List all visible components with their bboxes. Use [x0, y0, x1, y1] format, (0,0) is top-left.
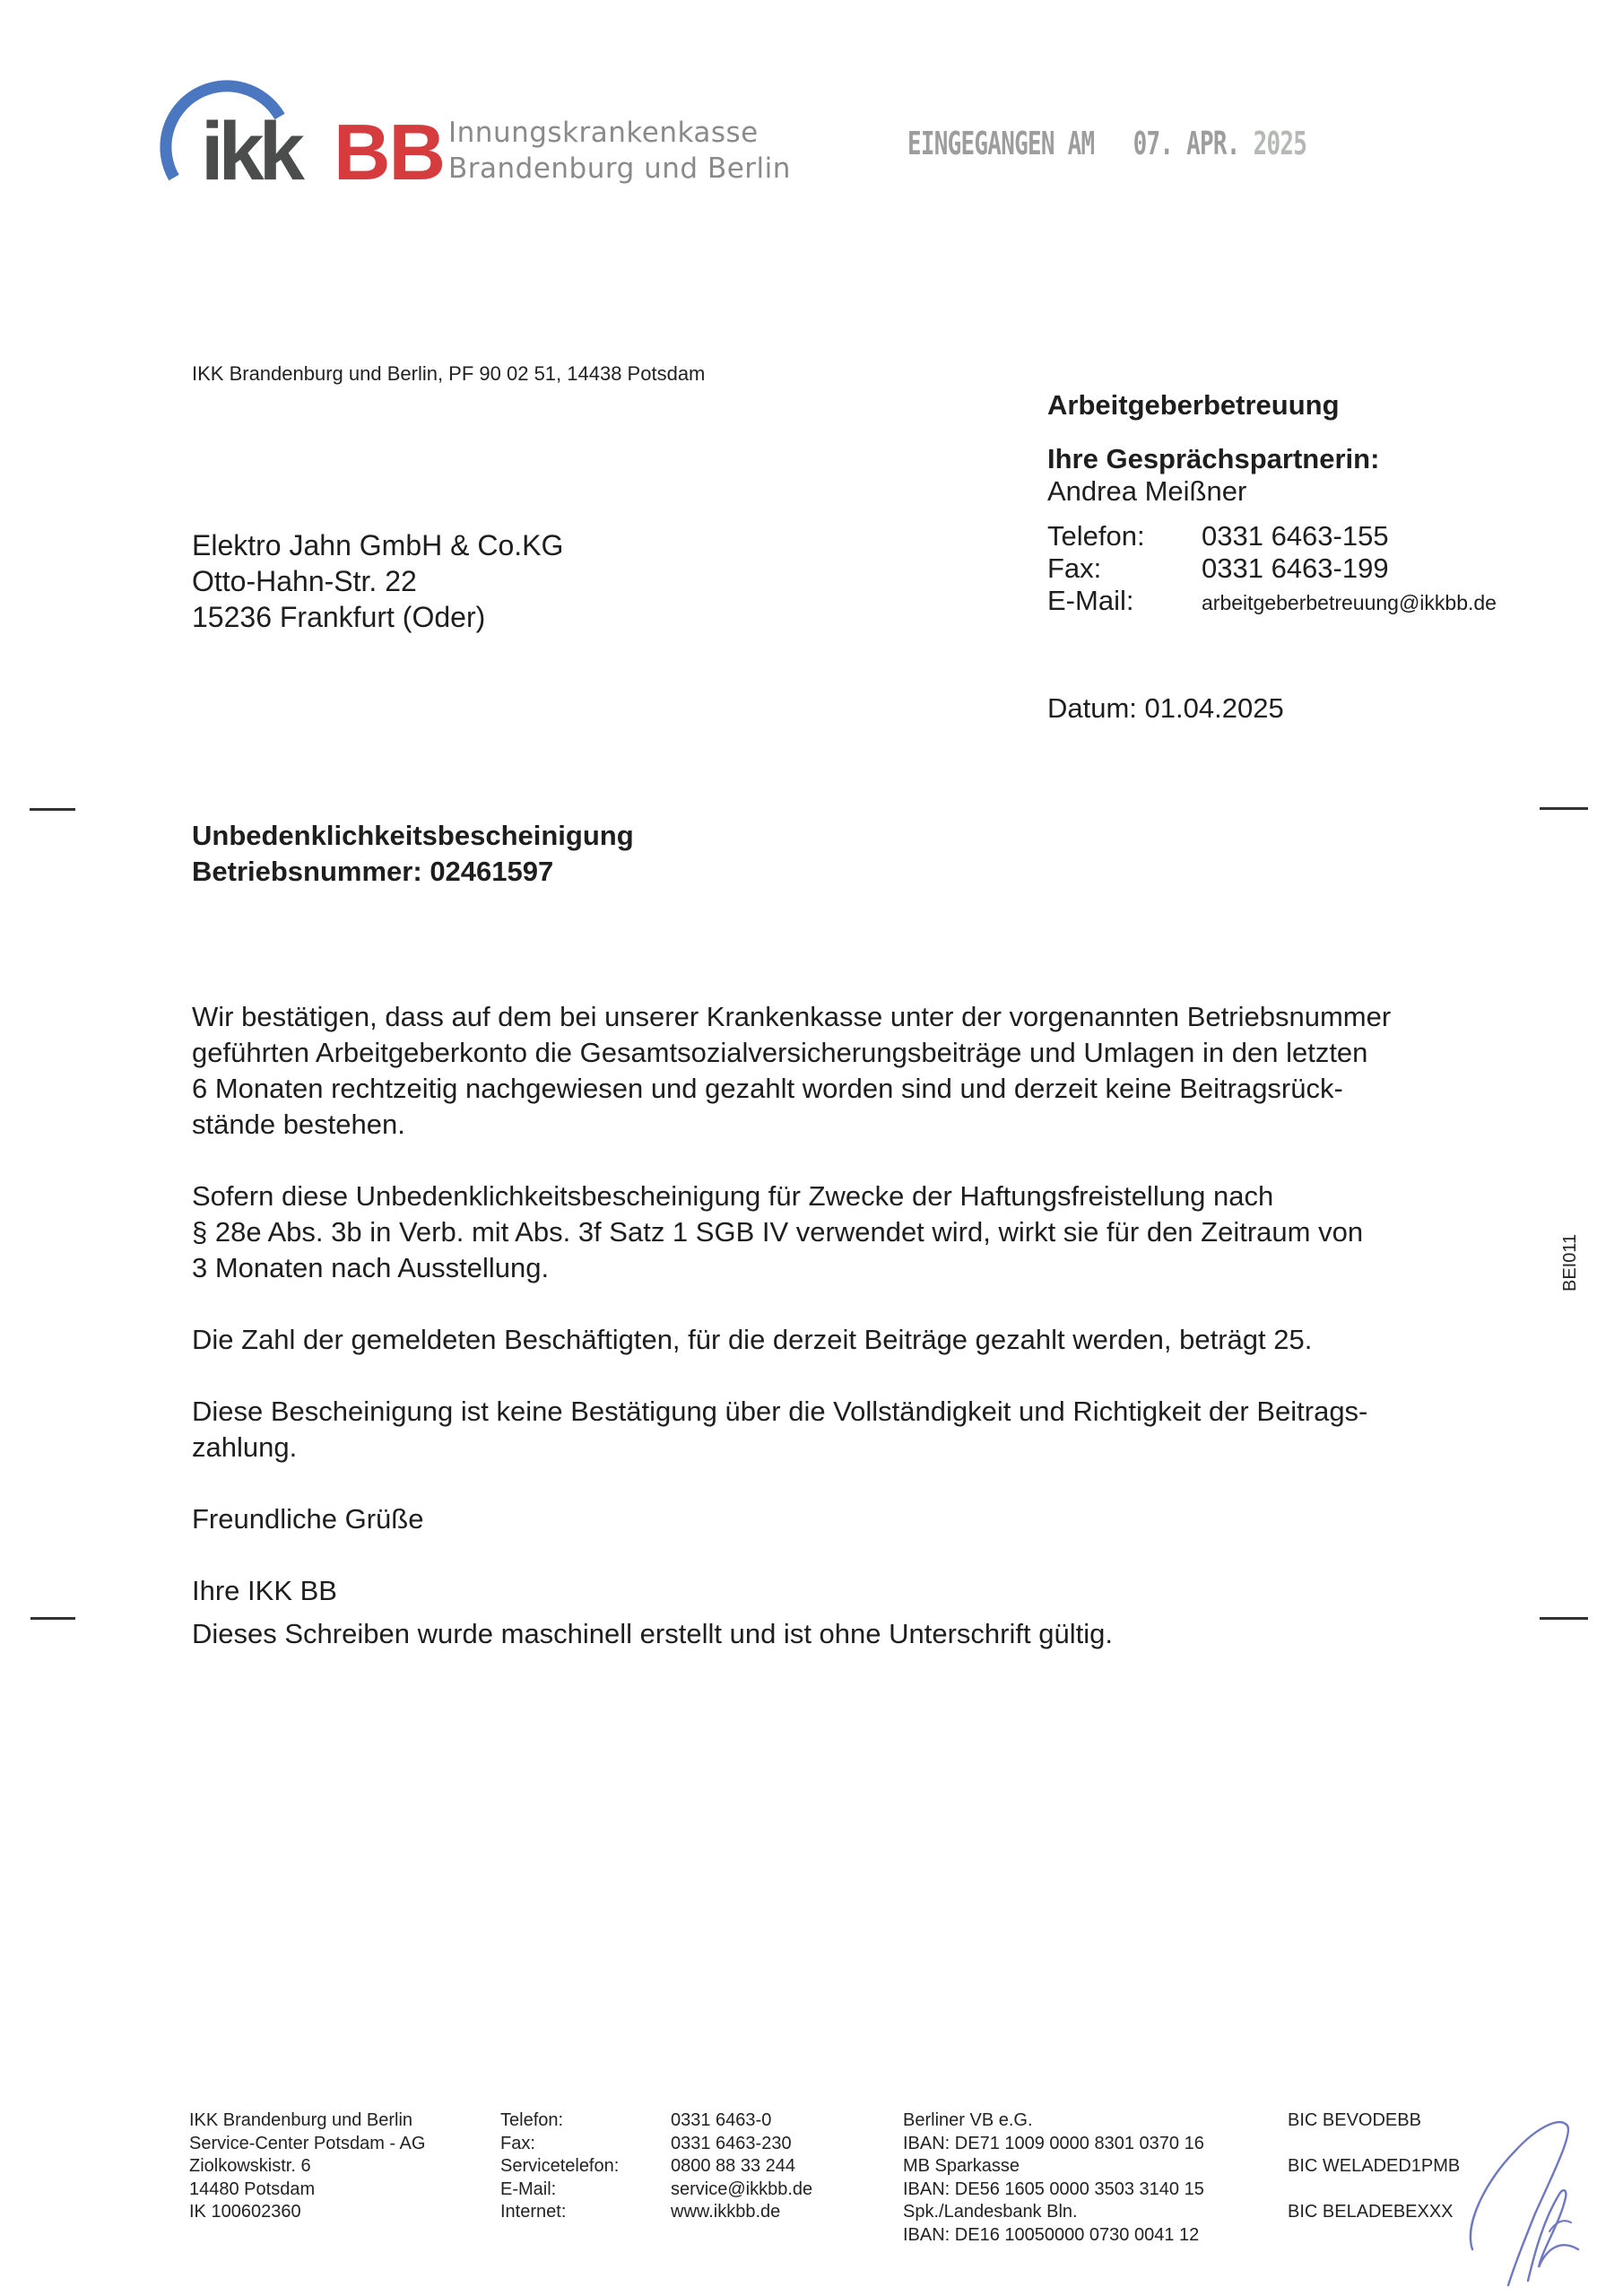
footer-website: www.ikkbb.de	[671, 2201, 812, 2224]
footer-label: Servicetelefon:	[500, 2155, 619, 2179]
footer-bic-line	[1288, 2179, 1460, 2202]
footer-contact-labels: Telefon: Fax: Servicetelefon: E-Mail: In…	[500, 2109, 619, 2224]
stamp-year: 2025	[1254, 126, 1307, 162]
subject-betriebsnummer: Betriebsnummer: 02461597	[192, 854, 634, 890]
recipient-line: 15236 Frankfurt (Oder)	[192, 599, 563, 635]
machine-note: Dieses Schreiben wurde maschinell erstel…	[192, 1616, 1510, 1652]
footer-label: Telefon:	[500, 2109, 619, 2133]
recipient-line: Otto-Hahn-Str. 22	[192, 563, 563, 599]
footer-fax: 0331 6463-230	[671, 2133, 812, 2156]
fax-label: Fax:	[1047, 552, 1202, 585]
received-stamp: EINGEGANGEN AM07. APR. 2025	[907, 126, 1306, 162]
contact-partner-label: Ihre Gesprächspartnerin:	[1047, 443, 1497, 475]
footer-bank-line: Spk./Landesbank Bln.	[903, 2201, 1204, 2224]
contact-email-row: E-Mail: arbeitgeberbetreuung@ikkbb.de	[1047, 585, 1497, 619]
greeting: Freundliche Grüße	[192, 1501, 1510, 1537]
footer-label: E-Mail:	[500, 2179, 619, 2202]
phone-label: Telefon:	[1047, 520, 1202, 552]
contact-fax-row: Fax: 0331 6463-199	[1047, 552, 1497, 585]
body-line: Sofern diese Unbedenklichkeitsbescheinig…	[192, 1178, 1510, 1214]
subject-title: Unbedenklichkeitsbescheinigung	[192, 818, 634, 854]
footer-bank-line: IBAN: DE16 10050000 0730 0041 12	[903, 2224, 1204, 2248]
fold-mark-right-top	[1540, 807, 1588, 810]
fold-mark-right-bottom	[1540, 1617, 1588, 1620]
paragraph-disclaimer: Diese Bescheinigung ist keine Bestätigun…	[192, 1394, 1510, 1465]
footer-bank-line: IBAN: DE71 1009 0000 8301 0370 16	[903, 2133, 1204, 2156]
betriebsnummer-value: 02461597	[430, 856, 553, 887]
body-line: § 28e Abs. 3b in Verb. mit Abs. 3f Satz …	[192, 1214, 1510, 1250]
contact-phone-row: Telefon: 0331 6463-155	[1047, 520, 1497, 552]
contact-partner-name: Andrea Meißner	[1047, 475, 1497, 508]
body-line: geführten Arbeitgeberkonto die Gesamtsoz…	[192, 1035, 1510, 1071]
footer-bank-line: IBAN: DE56 1605 0000 3503 3140 15	[903, 2179, 1204, 2202]
handwritten-initials-icon	[1453, 2115, 1605, 2294]
fold-mark-left-top	[30, 808, 75, 811]
footer-bic-line	[1288, 2133, 1460, 2156]
stamp-date: 07. APR.	[1133, 126, 1240, 162]
footer-label: Internet:	[500, 2201, 619, 2224]
footer-bic-line: BIC BEVODEBB	[1288, 2109, 1460, 2133]
footer-line: IKK Brandenburg und Berlin	[189, 2109, 425, 2133]
footer-service-phone: 0800 88 33 244	[671, 2155, 812, 2179]
footer-line: 14480 Potsdam	[189, 2179, 425, 2202]
form-code: BEI011	[1560, 1234, 1581, 1291]
footer-address: IKK Brandenburg und Berlin Service-Cente…	[189, 2109, 425, 2224]
body-line: zahlung.	[192, 1430, 1510, 1465]
footer-label: Fax:	[500, 2133, 619, 2156]
org-name-line1: Innungskrankenkasse	[448, 115, 791, 151]
date-value: 01.04.2025	[1145, 692, 1284, 724]
paragraph-employees: Die Zahl der gemeldeten Beschäftigten, f…	[192, 1322, 1510, 1358]
sender: Ihre IKK BB	[192, 1573, 1510, 1609]
email-label: E-Mail:	[1047, 585, 1202, 619]
footer-bic-line: BIC WELADED1PMB	[1288, 2155, 1460, 2179]
footer-bank-accounts: Berliner VB e.G. IBAN: DE71 1009 0000 83…	[903, 2109, 1204, 2247]
recipient-address: Elektro Jahn GmbH & Co.KG Otto-Hahn-Str.…	[192, 527, 563, 635]
body-line: Wir bestätigen, dass auf dem bei unserer…	[192, 999, 1510, 1035]
email-value: arbeitgeberbetreuung@ikkbb.de	[1202, 585, 1497, 619]
org-name: Innungskrankenkasse Brandenburg und Berl…	[448, 115, 791, 187]
body-line: 3 Monaten nach Ausstellung.	[192, 1250, 1510, 1286]
letter-date: Datum: 01.04.2025	[1047, 692, 1284, 725]
date-label: Datum:	[1047, 692, 1137, 724]
footer-bic-line: BIC BELADEBEXXX	[1288, 2201, 1460, 2224]
body-line: Diese Bescheinigung ist keine Bestätigun…	[192, 1394, 1510, 1430]
betriebsnummer-label: Betriebsnummer:	[192, 856, 422, 887]
svg-text:ikk: ikk	[201, 106, 306, 187]
fax-value: 0331 6463-199	[1202, 552, 1497, 585]
footer-email: service@ikkbb.de	[671, 2179, 812, 2202]
svg-text:BB: BB	[334, 108, 444, 187]
contact-block: Arbeitgeberbetreuung Ihre Gesprächspartn…	[1047, 387, 1497, 619]
ikkbb-logo: ikk BB	[143, 52, 448, 187]
return-address: IKK Brandenburg und Berlin, PF 90 02 51,…	[192, 362, 705, 386]
department: Arbeitgeberbetreuung	[1047, 387, 1497, 423]
body-line: 6 Monaten rechtzeitig nachgewiesen und g…	[192, 1071, 1510, 1107]
footer-phone: 0331 6463-0	[671, 2109, 812, 2133]
subject: Unbedenklichkeitsbescheinigung Betriebsn…	[192, 818, 634, 890]
phone-value: 0331 6463-155	[1202, 520, 1497, 552]
letter-body: Wir bestätigen, dass auf dem bei unserer…	[192, 999, 1510, 1688]
footer-bank-line: MB Sparkasse	[903, 2155, 1204, 2179]
body-line: Die Zahl der gemeldeten Beschäftigten, f…	[192, 1322, 1510, 1358]
paragraph-validity: Sofern diese Unbedenklichkeitsbescheinig…	[192, 1178, 1510, 1286]
fold-mark-left-bottom	[30, 1617, 75, 1620]
contact-details: Telefon: 0331 6463-155 Fax: 0331 6463-19…	[1047, 520, 1497, 619]
footer-contact-values: 0331 6463-0 0331 6463-230 0800 88 33 244…	[671, 2109, 812, 2224]
footer-line: IK 100602360	[189, 2201, 425, 2224]
org-name-line2: Brandenburg und Berlin	[448, 151, 791, 187]
body-line: stände bestehen.	[192, 1107, 1510, 1143]
footer-bank-line: Berliner VB e.G.	[903, 2109, 1204, 2133]
stamp-label: EINGEGANGEN AM	[907, 126, 1094, 162]
paragraph-confirmation: Wir bestätigen, dass auf dem bei unserer…	[192, 999, 1510, 1143]
footer-line: Service-Center Potsdam - AG	[189, 2133, 425, 2156]
footer-line: Ziolkowskistr. 6	[189, 2155, 425, 2179]
footer-bic-codes: BIC BEVODEBB BIC WELADED1PMB BIC BELADEB…	[1288, 2109, 1460, 2224]
recipient-line: Elektro Jahn GmbH & Co.KG	[192, 527, 563, 563]
